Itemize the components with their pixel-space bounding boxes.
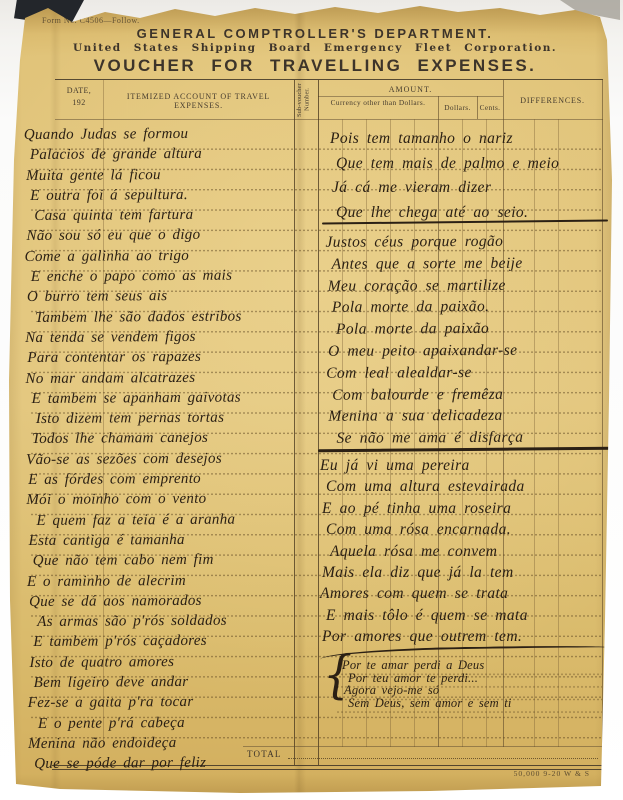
verse-line: Não sou só eu que o digo [26,224,326,246]
voucher-paper: Form No. C4506—Follow. GENERAL COMPTROLL… [0,0,623,800]
verse-stanza-4: Por te amar perdi a DeusPor teu amor te … [342,659,622,709]
form-number: Form No. C4506—Follow. [42,16,140,25]
verse-line: Mais ela diz que já la tem [322,562,622,583]
verse-line: Isto de quatro amores [29,651,329,673]
verse-line: Que tem mais de palmo e meio [336,152,623,177]
verse-line: E tambem se apanham gaivotas [32,387,332,409]
verse-line: Esta cantiga é tamanha [29,529,329,551]
verse-line: E o raminho de alecrim [27,569,327,591]
verse-line: Na tenda se vendem figos [25,326,325,348]
verse-line: E as fórdes com emprento [28,468,328,490]
verse-line: Que se dá aos namorados [29,590,329,612]
verse-line: O meu peito apaixandar-se [328,339,623,362]
verse-line: Amores com quem se trata [320,583,620,604]
verse-line: Todos lhe chamam canejos [32,427,332,449]
verse-line: Mói o moinho com o vento [26,488,326,510]
verse-line: E o pente p'rá cabeça [38,711,338,733]
subvoucher-column-header: Sub-voucher Number. [296,83,317,117]
cents-column-header: Cents. [477,103,503,112]
verse-line: Por amores que outrem tem. [322,626,622,647]
verse-line: O burro tem seus ais [27,285,327,307]
verse-stanza-2: Justos céus porque rogãoAntes que a sort… [325,230,622,450]
amount-column-header: AMOUNT. [318,85,503,94]
verse-line: Menina a sua delicadeza [328,405,623,428]
total-dotted-leader [288,758,598,759]
verse-line: Fez-se a gaita p'ra tocar [28,691,328,713]
header-top-rule [55,79,603,80]
verse-line: Já cá me vieram dizer [332,176,622,201]
verse-line: Quando Judas se formou [24,123,324,145]
verse-line: Que se póde dar por feliz [34,752,334,774]
verse-line: Aquela rósa me convem [330,541,623,562]
department-heading: GENERAL COMPTROLLER'S DEPARTMENT. [30,26,600,41]
verse-line: Meu coração se martilize [328,274,623,297]
verse-stanza-3: Eu já vi uma pereiraCom uma altura estev… [320,455,620,648]
verse-line: As armas são p'rós soldados [37,610,337,632]
header-bottom-rule [55,119,603,120]
verse-line: Casa quinta tem fartura [34,204,334,226]
verse-stanza-1: Pois tem tamanho o narizQue tem mais de … [330,127,620,225]
scanned-voucher-page: Form No. C4506—Follow. GENERAL COMPTROLL… [0,0,623,800]
print-run-footer: 50,000 9-20 W & S [400,769,590,778]
verse-line: Come a galinha ao trigo [25,245,325,267]
verse-line: Bem ligeiro deve andar [34,671,334,693]
date-year-prefix: 192 [55,98,103,107]
verse-line: E enche o papo como as mais [31,265,331,287]
differences-column-header: DIFFERENCES. [503,96,602,105]
verse-line: No mar andam alcatrazes [25,367,325,389]
verse-line: Menina não endoideça [28,732,328,754]
verse-line: Com leal alealdar-se [326,361,622,384]
verse-line: Justos céus porque rogão [325,230,621,253]
verse-column-left: Quando Judas se formouPalacios de grande… [24,123,329,775]
itemized-column-header: ITEMIZED ACCOUNT OF TRAVEL EXPENSES. [103,92,294,110]
verse-line: E tambem p'rós caçadores [33,630,333,652]
organization-heading: United States Shipping Board Emergency F… [30,42,600,54]
verse-line: Tambem lhe são dados estribos [35,306,335,328]
form-title: VOUCHER FOR TRAVELLING EXPENSES. [30,56,600,76]
verse-line: E ao pé tinha uma roseira [322,498,622,519]
verse-line: Muita gente lá ficou [26,164,326,186]
verse-line: E quem faz a teia é a aranha [36,509,336,531]
amount-underline [318,96,503,97]
dollars-column-header: Dollars. [438,103,477,112]
verse-line: Com balourde e fremêza [332,383,623,406]
verse-line: Sem Deus, sem amor e sem ti [348,697,623,710]
verse-line: E mais tôlo é quem se mata [326,605,623,626]
verse-line: E outra foi á sepultura. [30,184,330,206]
verse-line: Antes que a sorte me beije [332,252,623,275]
verse-line: Pola morte da paixão [336,317,623,340]
verse-line: Que não tem cabo nem fim [33,549,333,571]
verse-line: Isto dizem tem pernas tortas [36,407,336,429]
verse-line: Palacios de grande altura [30,143,330,165]
verse-line: Vão-se as sezões com desejos [26,448,326,470]
verse-line: Pola morte da paixão. [332,296,623,319]
verse-line: Eu já vi uma pereira [320,455,620,476]
verse-line: Com uma rósa encarnada. [326,519,623,540]
date-column-header: DATE, [55,86,103,95]
verse-line: Pois tem tamanho o nariz [330,127,620,152]
verse-line: Para contentar os rapazes [27,346,327,368]
currency-column-header: Currency other than Dollars. [320,99,436,108]
verse-line: Com uma altura estevairada [326,476,623,497]
